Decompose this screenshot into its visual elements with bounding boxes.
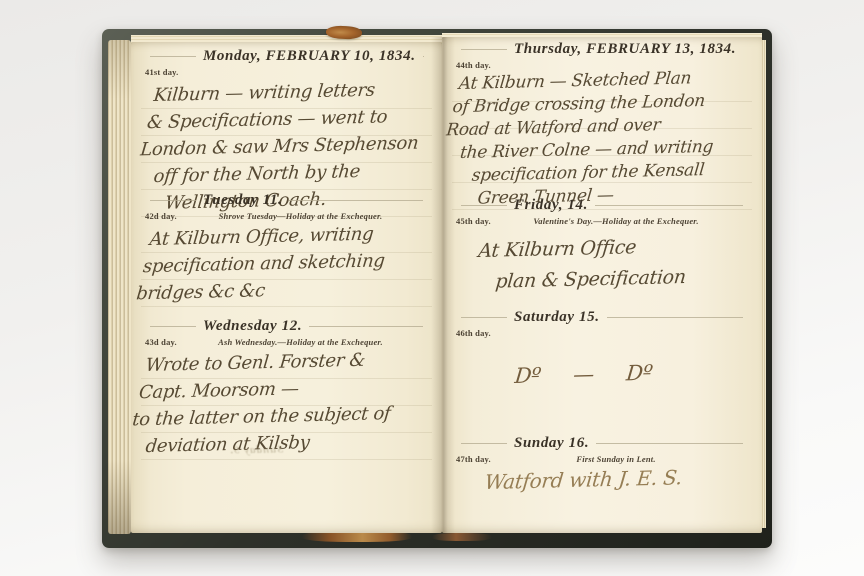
day-number-label: 43d day. — [143, 337, 215, 347]
handwriting-line: plan & Specification — [494, 260, 747, 297]
day-number-label: 45th day. — [454, 216, 526, 226]
entry-header-row: Thursday, FEBRUARY 13, 1834. — [454, 41, 750, 58]
handwriting-line: bridges &c &c — [135, 273, 425, 307]
page-edges-right — [762, 40, 766, 528]
right-page: Thursday, FEBRUARY 13, 1834. 44th day. A… — [442, 37, 762, 533]
cover-wear-bottom-2 — [432, 533, 492, 541]
handwritten-entry: Dº — Dº — [514, 358, 750, 388]
day-number-label: 44th day. — [454, 60, 526, 70]
entry-header-row: Sunday 16. — [454, 435, 750, 452]
header-rule-left — [461, 317, 507, 318]
entry-meta-row: 45th day. Valentine's Day.—Holiday at th… — [454, 216, 750, 226]
handwritten-entry: At Kilburn Office plan & Specification — [474, 229, 750, 298]
header-rule-left — [150, 56, 196, 57]
entry-header-row: Wednesday 12. — [143, 318, 430, 335]
header-rule-right — [595, 205, 743, 206]
entry-header-row: Friday, 14. — [454, 197, 750, 214]
left-page: Monday, FEBRUARY 10, 1834. 41st day. Kil… — [131, 42, 442, 533]
diary-entry-tuesday-11: Tuesday 11. 42d day. Shrove Tuesday—Holi… — [131, 192, 442, 307]
day-number-label: 41st day. — [143, 67, 215, 77]
header-rule-left — [461, 49, 507, 50]
diary-entry-sunday-16: Sunday 16. 47th day. First Sunday in Len… — [442, 435, 762, 494]
diary-entry-friday-14: Friday, 14. 45th day. Valentine's Day.—H… — [442, 197, 762, 298]
page-edges-left — [108, 40, 131, 534]
header-rule-left — [461, 205, 507, 206]
day-number-label: 42d day. — [143, 211, 215, 221]
entry-header-row: Tuesday 11. — [143, 192, 430, 209]
occasion-label: First Sunday in Lent. — [526, 454, 706, 464]
entry-header: Thursday, FEBRUARY 13, 1834. — [514, 41, 736, 58]
entry-meta-row: 47th day. First Sunday in Lent. — [454, 454, 750, 464]
occasion-label: Shrove Tuesday—Holiday at the Exchequer. — [215, 211, 386, 221]
occasion-label: Ash Wednesday.—Holiday at the Exchequer. — [215, 337, 386, 347]
diary-entry-saturday-15: Saturday 15. 46th day. Dº — Dº — [442, 309, 762, 388]
entry-header: Monday, FEBRUARY 10, 1834. — [203, 48, 416, 65]
header-rule-left — [150, 200, 196, 201]
header-rule-left — [461, 443, 507, 444]
entry-header: Saturday 15. — [514, 309, 600, 326]
header-rule-right — [596, 443, 743, 444]
header-rule-right — [289, 200, 423, 201]
occasion-label: Valentine's Day.—Holiday at the Excheque… — [526, 216, 706, 226]
ghost-showthrough-text: Sunday 9. — [229, 444, 283, 457]
day-number-label: 47th day. — [454, 454, 526, 464]
photo-background: Monday, FEBRUARY 10, 1834. 41st day. Kil… — [0, 0, 864, 576]
handwritten-entry: Watford with J. E. S. — [484, 464, 750, 495]
handwritten-entry: At Kilburn — Sketched Plan of Bridge cro… — [446, 66, 749, 211]
entry-header-row: Saturday 15. — [454, 309, 750, 326]
entry-header-row: Monday, FEBRUARY 10, 1834. — [143, 48, 430, 65]
entry-header: Friday, 14. — [514, 197, 588, 214]
entry-header: Tuesday 11. — [203, 192, 282, 209]
entry-header: Wednesday 12. — [203, 318, 302, 335]
diary-entry-wednesday-12: Wednesday 12. 43d day. Ash Wednesday.—Ho… — [131, 318, 442, 460]
day-number-label: 46th day. — [454, 328, 526, 338]
handwriting-line: Watford with J. E. S. — [484, 464, 750, 495]
handwriting-line: Dº — Dº — [514, 358, 750, 388]
entry-meta-row: 46th day. — [454, 328, 750, 338]
header-rule-right — [607, 317, 743, 318]
entry-header: Sunday 16. — [514, 435, 589, 452]
diary-entry-thursday-feb-13: Thursday, FEBRUARY 13, 1834. 44th day. A… — [442, 41, 762, 211]
handwritten-entry: At Kilburn Office, writing specification… — [143, 219, 430, 307]
header-rule-left — [150, 326, 196, 327]
diary-book: Monday, FEBRUARY 10, 1834. 41st day. Kil… — [102, 29, 772, 548]
header-rule-right — [309, 326, 423, 327]
